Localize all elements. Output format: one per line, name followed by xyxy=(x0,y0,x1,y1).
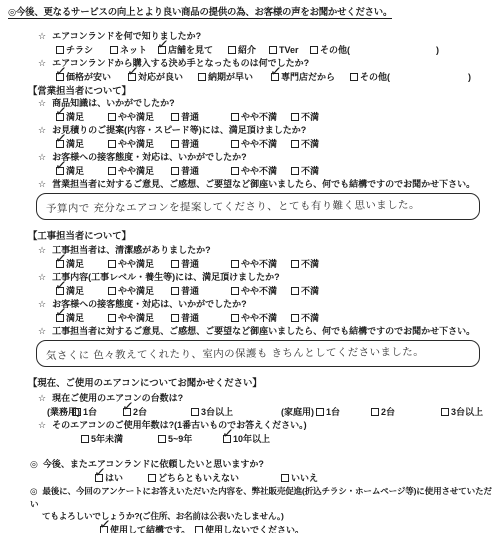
options-row-sales-estimate: ✓満足やや満足普通やや不満不満 xyxy=(0,137,500,151)
form-title-text: ◎今後、更なるサービスの向上とより良い商品の提供の為、お客様の声をお聞かせくださ… xyxy=(8,6,392,19)
question-text: お客様への接客態度・対応は、いかがでしたか? xyxy=(52,299,247,309)
checkbox-icon[interactable]: ✓ xyxy=(56,113,64,121)
checkbox-icon[interactable]: ✓ xyxy=(56,287,64,295)
checkbox-icon[interactable] xyxy=(231,314,239,322)
checkbox-icon[interactable]: ✓ xyxy=(56,260,64,268)
checkbox-option[interactable]: やや満足 xyxy=(108,110,171,124)
options-row-reason: ✓価格が安い✓対応が良い納期が早い✓専門店だからその他() xyxy=(0,70,500,84)
option-label: 満足 xyxy=(66,112,84,122)
checkbox-option[interactable]: TVer xyxy=(269,43,310,57)
option-label: 10年以上 xyxy=(233,434,270,444)
option-label: TVer xyxy=(279,45,299,55)
question-text: 工事内容(工事レベル・養生等)には、満足頂けましたか? xyxy=(52,272,280,282)
question-construction-cleanliness: ☆工事担当者は、清潔感がありましたか? xyxy=(0,244,500,257)
option-label: 満足 xyxy=(66,313,84,323)
options-row-construction-cleanliness: ✓満足やや満足普通やや不満不満 xyxy=(0,257,500,271)
option-label: 普通 xyxy=(181,286,199,296)
option-label: 1台 xyxy=(83,407,97,417)
checkbox-icon[interactable] xyxy=(148,474,156,482)
checkbox-option[interactable]: 普通 xyxy=(171,164,231,178)
option-label: 満足 xyxy=(66,166,84,176)
checkbox-option[interactable]: ✓対応が良い xyxy=(128,70,198,84)
checkbox-icon[interactable] xyxy=(171,167,179,175)
checkbox-option[interactable]: 不満 xyxy=(291,137,319,151)
option-label: 対応が良い xyxy=(138,72,183,82)
checkbox-option[interactable]: 納期が早い xyxy=(198,70,271,84)
checkbox-option[interactable]: 2台 xyxy=(371,405,441,419)
checkbox-icon[interactable] xyxy=(316,408,324,416)
double-circle-icon: ◎ xyxy=(30,459,38,469)
checkbox-icon[interactable] xyxy=(171,287,179,295)
checkbox-icon[interactable]: ✓ xyxy=(56,140,64,148)
checkbox-icon[interactable] xyxy=(171,260,179,268)
option-label: 3台以上 xyxy=(451,407,483,417)
option-label: やや不満 xyxy=(241,112,277,122)
checkbox-icon[interactable]: ✓ xyxy=(223,435,231,443)
option-label: 不満 xyxy=(301,166,319,176)
check-mark-icon: ✓ xyxy=(126,64,139,79)
checkbox-icon[interactable]: ✓ xyxy=(95,474,103,482)
checkbox-option[interactable]: ✓満足 xyxy=(56,164,108,178)
checkbox-icon[interactable]: ✓ xyxy=(56,167,64,175)
checkbox-option[interactable]: ✓専門店だから xyxy=(271,70,350,84)
checkbox-icon[interactable] xyxy=(195,526,203,533)
options-row-source: チラシネット✓店舗を見て紹介TVerその他() xyxy=(0,43,500,57)
handwritten-comment-construction: 気さくに 色々教えてくれたり、室内の保護も きちんとしてくださいました。 xyxy=(46,344,424,363)
options-row-repeat-request: ✓はいどちらともいえないいいえ xyxy=(0,471,500,485)
star-icon: ☆ xyxy=(38,58,46,68)
question-text: お客様への接客態度・対応は、いかがでしたか? xyxy=(52,152,247,162)
checkbox-icon[interactable] xyxy=(441,408,449,416)
checkbox-icon[interactable] xyxy=(171,314,179,322)
option-label: その他( xyxy=(320,45,350,55)
question-sales-knowledge: ☆商品知識は、いかがでしたか? xyxy=(0,97,500,110)
checkbox-option[interactable]: 普通 xyxy=(171,284,231,298)
checkbox-option[interactable]: 3台以上 xyxy=(441,405,483,419)
option-label: ネット xyxy=(120,45,147,55)
close-paren: ) xyxy=(468,70,471,84)
star-icon: ☆ xyxy=(38,179,46,189)
checkbox-option[interactable]: 1台 xyxy=(73,405,123,419)
option-label: 不満 xyxy=(301,112,319,122)
star-icon: ☆ xyxy=(38,393,46,403)
section-heading-current-ac: 【現在、ご使用のエアコンについてお聞かせください】 xyxy=(0,376,500,389)
checkbox-icon[interactable] xyxy=(171,140,179,148)
check-mark-icon: ✓ xyxy=(54,251,67,266)
option-label: やや不満 xyxy=(241,286,277,296)
option-label: 2台 xyxy=(381,407,395,417)
option-label: 普通 xyxy=(181,313,199,323)
checkbox-icon[interactable] xyxy=(231,140,239,148)
survey-form-page: ◎今後、更なるサービスの向上とより良い商品の提供の為、お客様の声をお聞かせくださ… xyxy=(0,0,500,533)
option-label: 価格が安い xyxy=(66,72,111,82)
checkbox-option[interactable]: 1台 xyxy=(316,405,371,419)
checkbox-icon[interactable] xyxy=(231,167,239,175)
question-text: 今後、またエアコンランドに依頼したいと思いますか? xyxy=(43,459,264,469)
checkbox-option[interactable]: 使用しないでください。 xyxy=(195,523,304,533)
checkbox-option[interactable]: 5年未満 xyxy=(81,432,158,446)
question-sales-estimate: ☆お見積りのご提案(内容・スピード等)には、満足頂けましたか? xyxy=(0,124,500,137)
option-label: 2台 xyxy=(133,407,147,417)
check-mark-icon: ✓ xyxy=(156,37,169,52)
checkbox-option[interactable]: やや満足 xyxy=(108,284,171,298)
checkbox-icon[interactable] xyxy=(231,113,239,121)
checkbox-option[interactable]: その他( xyxy=(310,43,436,57)
checkbox-option[interactable]: やや満足 xyxy=(108,137,171,151)
checkbox-icon[interactable] xyxy=(371,408,379,416)
checkbox-option[interactable]: ✓満足 xyxy=(56,284,108,298)
comment-box-sales[interactable]: 予算内で 充分なエアコンを提案してくださり、とても有り難く思いました。 xyxy=(36,193,480,220)
checkbox-option[interactable]: やや不満 xyxy=(231,311,291,325)
close-paren: ) xyxy=(436,43,439,57)
option-label: やや不満 xyxy=(241,313,277,323)
checkbox-icon[interactable] xyxy=(269,46,277,54)
checkbox-option[interactable]: 不満 xyxy=(291,164,319,178)
option-label: 3台以上 xyxy=(201,407,233,417)
checkbox-icon[interactable] xyxy=(108,167,116,175)
check-mark-icon: ✓ xyxy=(54,104,67,119)
check-mark-icon: ✓ xyxy=(54,158,67,173)
checkbox-icon[interactable] xyxy=(108,140,116,148)
check-mark-icon: ✓ xyxy=(221,426,234,441)
option-label: 普通 xyxy=(181,139,199,149)
question-text: お見積りのご提案(内容・スピード等)には、満足頂けましたか? xyxy=(52,125,306,135)
section-heading-sales: 【営業担当者について】 xyxy=(0,84,500,97)
checkbox-option[interactable]: ✓10年以上 xyxy=(223,432,270,446)
options-row-ac-count: (業務用)1台✓2台3台以上(家庭用)1台2台3台以上 xyxy=(0,405,500,419)
checkbox-icon[interactable] xyxy=(291,260,299,268)
checkbox-icon[interactable] xyxy=(291,113,299,121)
checkbox-option[interactable]: ✓店舗を見て xyxy=(158,43,228,57)
option-label: 店舗を見て xyxy=(168,45,213,55)
option-label: 5年未満 xyxy=(91,434,123,444)
check-mark-icon: ✓ xyxy=(93,465,106,480)
options-row-sales-knowledge: ✓満足やや満足普通やや不満不満 xyxy=(0,110,500,124)
star-icon: ☆ xyxy=(38,98,46,108)
checkbox-option[interactable]: チラシ xyxy=(56,43,110,57)
question-source: ☆エアコンランドを何で知りましたか? xyxy=(0,30,500,43)
checkbox-icon[interactable] xyxy=(231,287,239,295)
star-icon: ☆ xyxy=(38,299,46,309)
option-label: はい xyxy=(105,473,123,483)
star-icon: ☆ xyxy=(38,125,46,135)
checkbox-icon[interactable] xyxy=(108,314,116,322)
checkbox-icon[interactable] xyxy=(108,260,116,268)
question-ac-years: ☆そのエアコンのご使用年数は?(1番古いものでお答えください。) xyxy=(0,419,500,432)
group-label: (家庭用) xyxy=(281,405,316,419)
option-label: 5~9年 xyxy=(168,434,192,444)
checkbox-icon[interactable] xyxy=(198,73,206,81)
option-label: やや不満 xyxy=(241,166,277,176)
checkbox-option[interactable]: ✓満足 xyxy=(56,137,108,151)
checkbox-option[interactable]: ✓満足 xyxy=(56,257,108,271)
question-construction-comment: ☆工事担当者に対するご意見、ご感想、ご要望など御座いましたら、何でも結構ですので… xyxy=(0,325,500,338)
options-row-publish-consent: ✓使用して結構です。使用しないでください。 xyxy=(0,523,500,533)
checkbox-option[interactable]: 不満 xyxy=(291,110,319,124)
check-mark-icon: ✓ xyxy=(269,64,282,79)
option-label: 普通 xyxy=(181,112,199,122)
question-construction-quality: ☆工事内容(工事レベル・養生等)には、満足頂けましたか? xyxy=(0,271,500,284)
option-label: いいえ xyxy=(291,473,318,483)
checkbox-option[interactable]: 不満 xyxy=(291,257,319,271)
checkbox-option[interactable]: やや満足 xyxy=(108,311,171,325)
option-label: どちらともいえない xyxy=(158,473,239,483)
checkbox-option[interactable]: やや不満 xyxy=(231,164,291,178)
checkbox-icon[interactable] xyxy=(281,474,289,482)
form-title: ◎今後、更なるサービスの向上とより良い商品の提供の為、お客様の声をお聞かせくださ… xyxy=(0,0,500,18)
checkbox-option[interactable]: やや満足 xyxy=(108,164,171,178)
question-text: 営業担当者に対するご意見、ご感想、ご要望など御座いましたら、何でも結構ですのでお… xyxy=(52,179,475,189)
option-label: やや満足 xyxy=(118,139,154,149)
option-label: その他( xyxy=(360,72,390,82)
option-label: チラシ xyxy=(66,45,93,55)
checkbox-option[interactable]: どちらともいえない xyxy=(148,471,281,485)
check-mark-icon: ✓ xyxy=(54,131,67,146)
checkbox-option[interactable]: 紹介 xyxy=(228,43,269,57)
option-label: やや満足 xyxy=(118,313,154,323)
checkbox-icon[interactable]: ✓ xyxy=(123,408,131,416)
checkbox-option[interactable]: 普通 xyxy=(171,110,231,124)
checkbox-option[interactable]: やや不満 xyxy=(231,257,291,271)
comment-box-construction[interactable]: 気さくに 色々教えてくれたり、室内の保護も きちんとしてくださいました。 xyxy=(36,340,480,367)
checkbox-icon[interactable]: ✓ xyxy=(158,46,166,54)
option-label: やや満足 xyxy=(118,259,154,269)
question-text: 商品知識は、いかがでしたか? xyxy=(52,98,175,108)
star-icon: ☆ xyxy=(38,245,46,255)
check-mark-icon: ✓ xyxy=(98,517,111,532)
options-row-construction-attitude: ✓満足やや満足普通やや不満不満 xyxy=(0,311,500,325)
star-icon: ☆ xyxy=(38,152,46,162)
checkbox-icon[interactable]: ✓ xyxy=(56,73,64,81)
checkbox-icon[interactable] xyxy=(110,46,118,54)
checkbox-option[interactable]: ✓使用して結構です。 xyxy=(100,523,195,533)
checkbox-option[interactable]: やや不満 xyxy=(231,284,291,298)
question-text: そのエアコンのご使用年数は?(1番古いものでお答えください。) xyxy=(52,420,307,430)
option-label: 普通 xyxy=(181,259,199,269)
question-text-line1: ◎最後に、今回のアンケートにお答えいただいた内容を、弊社販売促進(折込チラシ・ホ… xyxy=(30,485,500,510)
checkbox-icon[interactable] xyxy=(291,140,299,148)
checkbox-option[interactable]: やや不満 xyxy=(231,137,291,151)
option-label: 不満 xyxy=(301,259,319,269)
checkbox-option[interactable]: 不満 xyxy=(291,284,319,298)
option-label: やや不満 xyxy=(241,139,277,149)
checkbox-icon[interactable] xyxy=(108,287,116,295)
check-mark-icon: ✓ xyxy=(121,399,134,414)
option-label: 満足 xyxy=(66,286,84,296)
option-label: 満足 xyxy=(66,259,84,269)
question-repeat-request: ◎今後、またエアコンランドに依頼したいと思いますか? xyxy=(0,458,500,471)
star-icon: ☆ xyxy=(38,326,46,336)
option-label: やや不満 xyxy=(241,259,277,269)
checkbox-icon[interactable]: ✓ xyxy=(100,526,108,533)
checkbox-icon[interactable] xyxy=(73,408,81,416)
checkbox-option[interactable]: その他( xyxy=(350,70,468,84)
checkbox-option[interactable]: やや不満 xyxy=(231,110,291,124)
checkbox-option[interactable]: いいえ xyxy=(281,471,318,485)
checkbox-option[interactable]: やや満足 xyxy=(108,257,171,271)
checkbox-icon[interactable] xyxy=(291,314,299,322)
option-label: 普通 xyxy=(181,166,199,176)
option-label: 不満 xyxy=(301,313,319,323)
checkbox-option[interactable]: ✓2台 xyxy=(123,405,191,419)
group-label: (業務用) xyxy=(47,405,73,419)
checkbox-icon[interactable]: ✓ xyxy=(271,73,279,81)
question-text: エアコンランドを何で知りましたか? xyxy=(52,31,201,41)
checkbox-icon[interactable] xyxy=(56,46,64,54)
question-text: 工事担当者に対するご意見、ご感想、ご要望など御座いましたら、何でも結構ですのでお… xyxy=(52,326,475,336)
question-sales-attitude: ☆お客様への接客態度・対応は、いかがでしたか? xyxy=(0,151,500,164)
option-label: 1台 xyxy=(326,407,340,417)
option-label: 専門店だから xyxy=(281,72,335,82)
checkbox-option[interactable]: 3台以上 xyxy=(191,405,281,419)
checkbox-icon[interactable] xyxy=(231,260,239,268)
question-text: 工事担当者は、清潔感がありましたか? xyxy=(52,245,211,255)
checkbox-icon[interactable] xyxy=(291,287,299,295)
option-label: 使用して結構です。 xyxy=(110,525,190,533)
question-sales-comment: ☆営業担当者に対するご意見、ご感想、ご要望など御座いましたら、何でも結構ですので… xyxy=(0,178,500,191)
star-icon: ☆ xyxy=(38,272,46,282)
checkbox-icon[interactable] xyxy=(350,73,358,81)
checkbox-option[interactable]: ✓はい xyxy=(95,471,148,485)
checkbox-option[interactable]: 普通 xyxy=(171,137,231,151)
checkbox-option[interactable]: ネット xyxy=(110,43,158,57)
checkbox-icon[interactable] xyxy=(171,113,179,121)
check-mark-icon: ✓ xyxy=(54,64,67,79)
checkbox-icon[interactable] xyxy=(228,46,236,54)
checkbox-icon[interactable] xyxy=(310,46,318,54)
checkbox-option[interactable]: 不満 xyxy=(291,311,319,325)
option-label: 不満 xyxy=(301,286,319,296)
option-label: やや満足 xyxy=(118,286,154,296)
checkbox-icon[interactable] xyxy=(191,408,199,416)
options-row-sales-attitude: ✓満足やや満足普通やや不満不満 xyxy=(0,164,500,178)
checkbox-icon[interactable]: ✓ xyxy=(56,314,64,322)
checkbox-icon[interactable]: ✓ xyxy=(128,73,136,81)
question-publish-consent: ◎最後に、今回のアンケートにお答えいただいた内容を、弊社販売促進(折込チラシ・ホ… xyxy=(0,485,500,523)
checkbox-icon[interactable] xyxy=(81,435,89,443)
option-label: 納期が早い xyxy=(208,72,253,82)
question-text: 現在ご使用のエアコンの台数は? xyxy=(52,393,183,403)
double-circle-icon: ◎ xyxy=(30,486,37,496)
check-mark-icon: ✓ xyxy=(54,305,67,320)
checkbox-option[interactable]: 5~9年 xyxy=(158,432,223,446)
checkbox-icon[interactable] xyxy=(291,167,299,175)
checkbox-option[interactable]: ✓満足 xyxy=(56,110,108,124)
star-icon: ☆ xyxy=(38,31,46,41)
checkbox-option[interactable]: 普通 xyxy=(171,257,231,271)
options-row-construction-quality: ✓満足やや満足普通やや不満不満 xyxy=(0,284,500,298)
checkbox-option[interactable]: ✓価格が安い xyxy=(56,70,128,84)
checkbox-icon[interactable] xyxy=(108,113,116,121)
option-label: やや満足 xyxy=(118,112,154,122)
star-icon: ☆ xyxy=(38,420,46,430)
checkbox-option[interactable]: ✓満足 xyxy=(56,311,108,325)
checkbox-icon[interactable] xyxy=(158,435,166,443)
option-label: 使用しないでください。 xyxy=(205,525,304,533)
checkbox-option[interactable]: 普通 xyxy=(171,311,231,325)
question-construction-attitude: ☆お客様への接客態度・対応は、いかがでしたか? xyxy=(0,298,500,311)
question-ac-count: ☆現在ご使用のエアコンの台数は? xyxy=(0,392,500,405)
check-mark-icon: ✓ xyxy=(54,278,67,293)
question-reason: ☆エアコンランドから購入する決め手となったものは何でしたか? xyxy=(0,57,500,70)
section-heading-construction: 【工事担当者について】 xyxy=(0,229,500,242)
option-label: 不満 xyxy=(301,139,319,149)
options-row-ac-years: 5年未満5~9年✓10年以上 xyxy=(0,432,500,446)
option-label: 紹介 xyxy=(238,45,256,55)
option-label: 満足 xyxy=(66,139,84,149)
handwritten-comment-sales: 予算内で 充分なエアコンを提案してくださり、とても有り難く思いました。 xyxy=(46,197,420,216)
option-label: やや満足 xyxy=(118,166,154,176)
